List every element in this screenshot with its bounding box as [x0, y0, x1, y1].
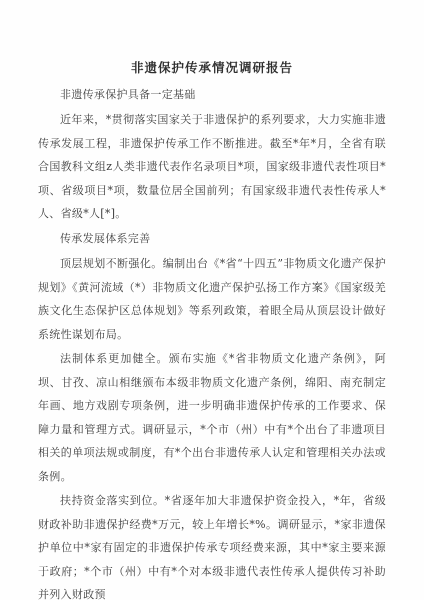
section-1-paragraph-1: 近年来，*贯彻落实国家关于非遗保护的系列要求，大力实施非遗传承发展工程，非遗保护…	[38, 108, 386, 226]
report-title: 非遗保护传承情况调研报告	[38, 56, 386, 80]
section-1-heading: 非遗传承保护具备一定基础	[38, 83, 386, 107]
section-2-paragraph-3: 扶持资金落实到位。*省逐年加大非遗保护资金投入，*年，省级财政补助非遗保护经费*…	[38, 489, 386, 600]
section-2-paragraph-2: 法制体系更加健全。颁布实施《*省非物质文化遗产条例》，阿坝、甘孜、凉山相继颁布本…	[38, 347, 386, 488]
section-2-heading: 传承发展体系完善	[38, 227, 386, 251]
section-2-paragraph-1: 顶层规划不断强化。编制出台《*省“十四五”非物质文化遗产保护规划》《黄河流域（*…	[38, 252, 386, 346]
report-page: 非遗保护传承情况调研报告 非遗传承保护具备一定基础 近年来，*贯彻落实国家关于非…	[0, 0, 424, 600]
